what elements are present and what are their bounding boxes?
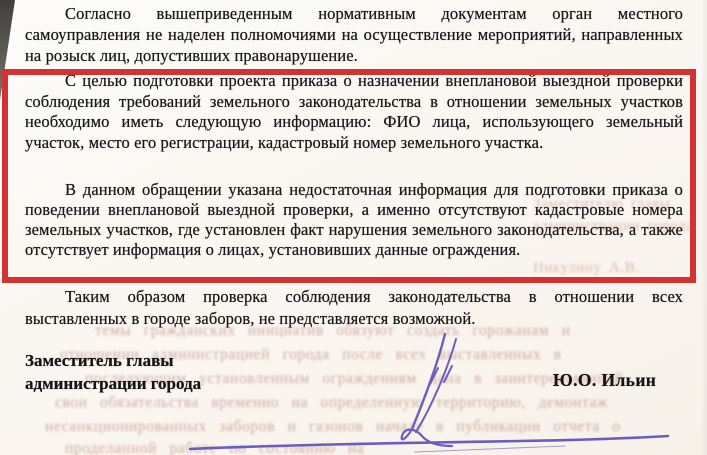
signature-tick-1	[430, 368, 438, 384]
bleedthrough-address-line: Никулину А.В.	[533, 260, 640, 277]
signer-title: Заместитель главы администрации города	[25, 349, 201, 395]
bleedthrough-line: свои обязательства временно на определен…	[55, 394, 608, 412]
signer-title-line1: Заместитель главы	[25, 349, 201, 372]
signature-underline	[190, 436, 668, 449]
paragraph-intro: Согласно вышеприведенным нормативным док…	[25, 3, 683, 66]
signer-title-line2: администрации города	[25, 372, 201, 395]
bleedthrough-line: проделанной работе по состоянию на	[65, 440, 364, 455]
signature-loop	[402, 429, 452, 446]
scan-edge-shadow	[0, 0, 15, 100]
signature-tick-2	[444, 366, 452, 382]
paragraph-conclusion: Таким образом проверка соблюдения законо…	[25, 286, 683, 330]
bleedthrough-line: несанкционированных заборов и газонов на…	[45, 418, 621, 436]
signer-name: Ю.О. Ильин	[553, 370, 656, 391]
scanned-document-page: темы гражданских инициатив обязуют созда…	[0, 0, 707, 455]
signature-stroke-tall-1	[412, 334, 445, 429]
paragraph-highlighted-2: В данном обращении указана недостаточная…	[25, 180, 683, 260]
signature-underline-echo	[415, 446, 565, 452]
signature-stroke-tall-2	[416, 339, 456, 432]
paragraph-highlighted-1: С целью подготовки проекта приказа о наз…	[25, 71, 683, 153]
